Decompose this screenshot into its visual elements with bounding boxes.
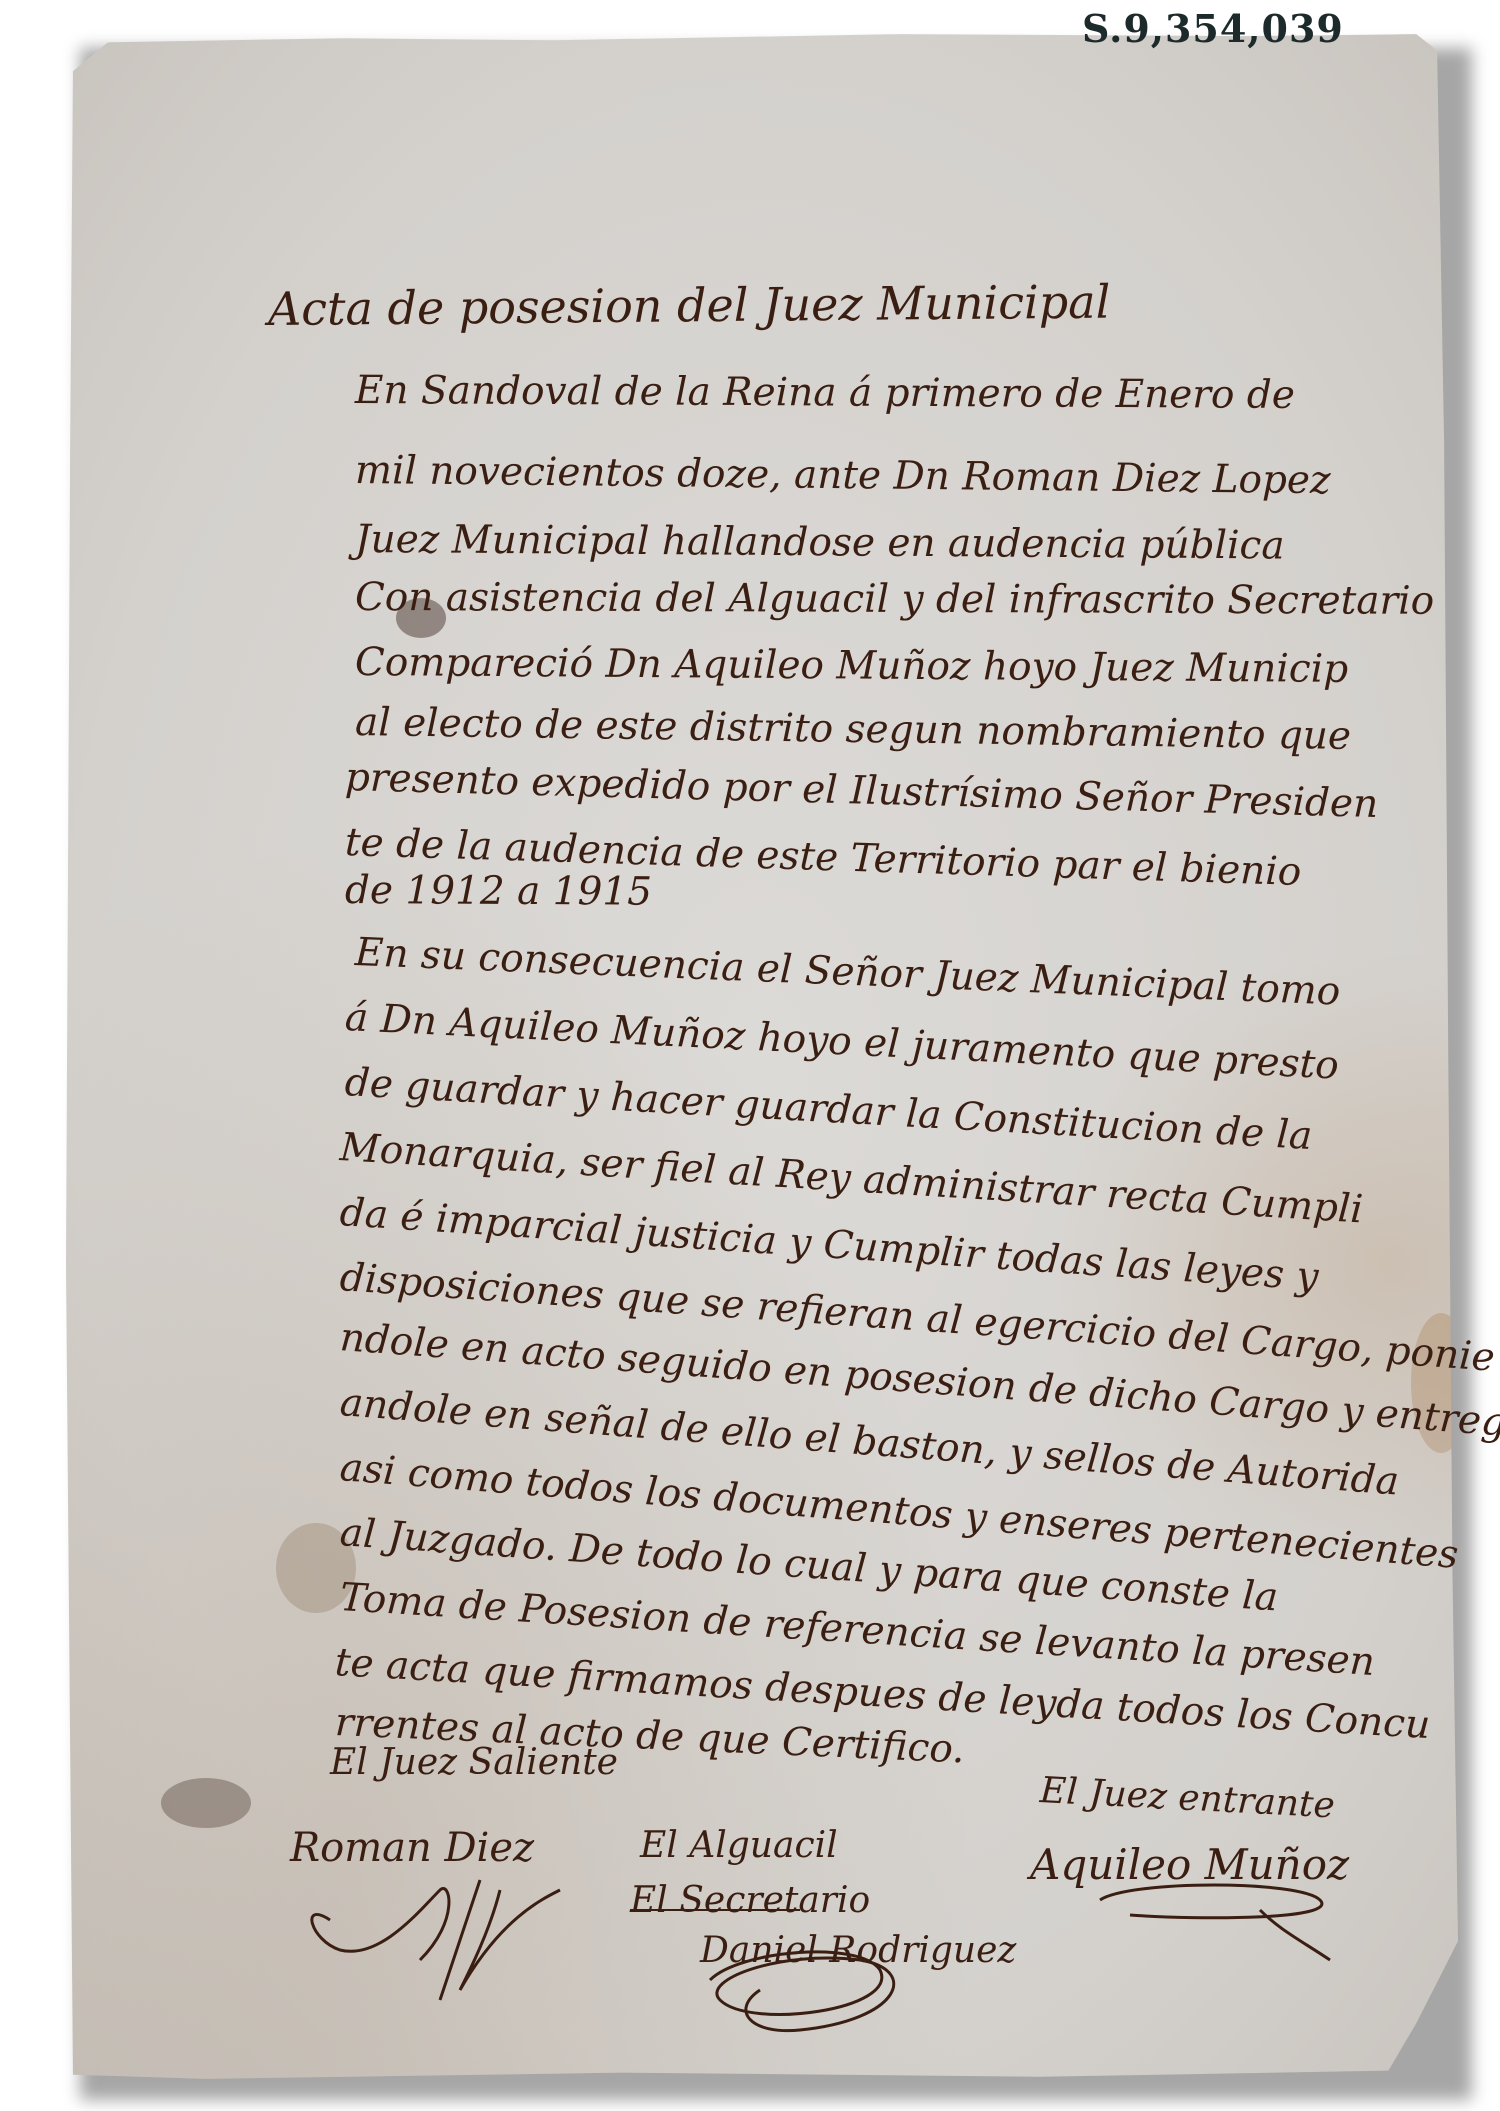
handwritten-text: Acta de posesion del Juez Municipal En S… [0,0,1500,2111]
body-line: Compareció Dn Aquileo Muñoz hoyo Juez Mu… [355,640,1348,692]
outgoing-judge-label: El Juez Saliente [330,1742,618,1783]
body-line: Con asistencia del Alguacil y del infras… [355,575,1434,624]
body-line: mil novecientos doze, ante Dn Roman Diez… [355,448,1331,503]
document-title: Acta de posesion del Juez Municipal [268,275,1111,336]
signature-flourish [300,1860,1500,2080]
body-line: presento expedido por el Ilustrísimo Señ… [344,755,1378,827]
body-line: En Sandoval de la Reina á primero de Ene… [355,368,1295,418]
body-line: Juez Municipal hallandose en audencia pú… [355,517,1285,568]
body-line: al electo de este distrito segun nombram… [355,700,1352,759]
incoming-judge-label: El Juez entrante [1039,1770,1336,1826]
body-line: de 1912 a 1915 [345,868,652,915]
